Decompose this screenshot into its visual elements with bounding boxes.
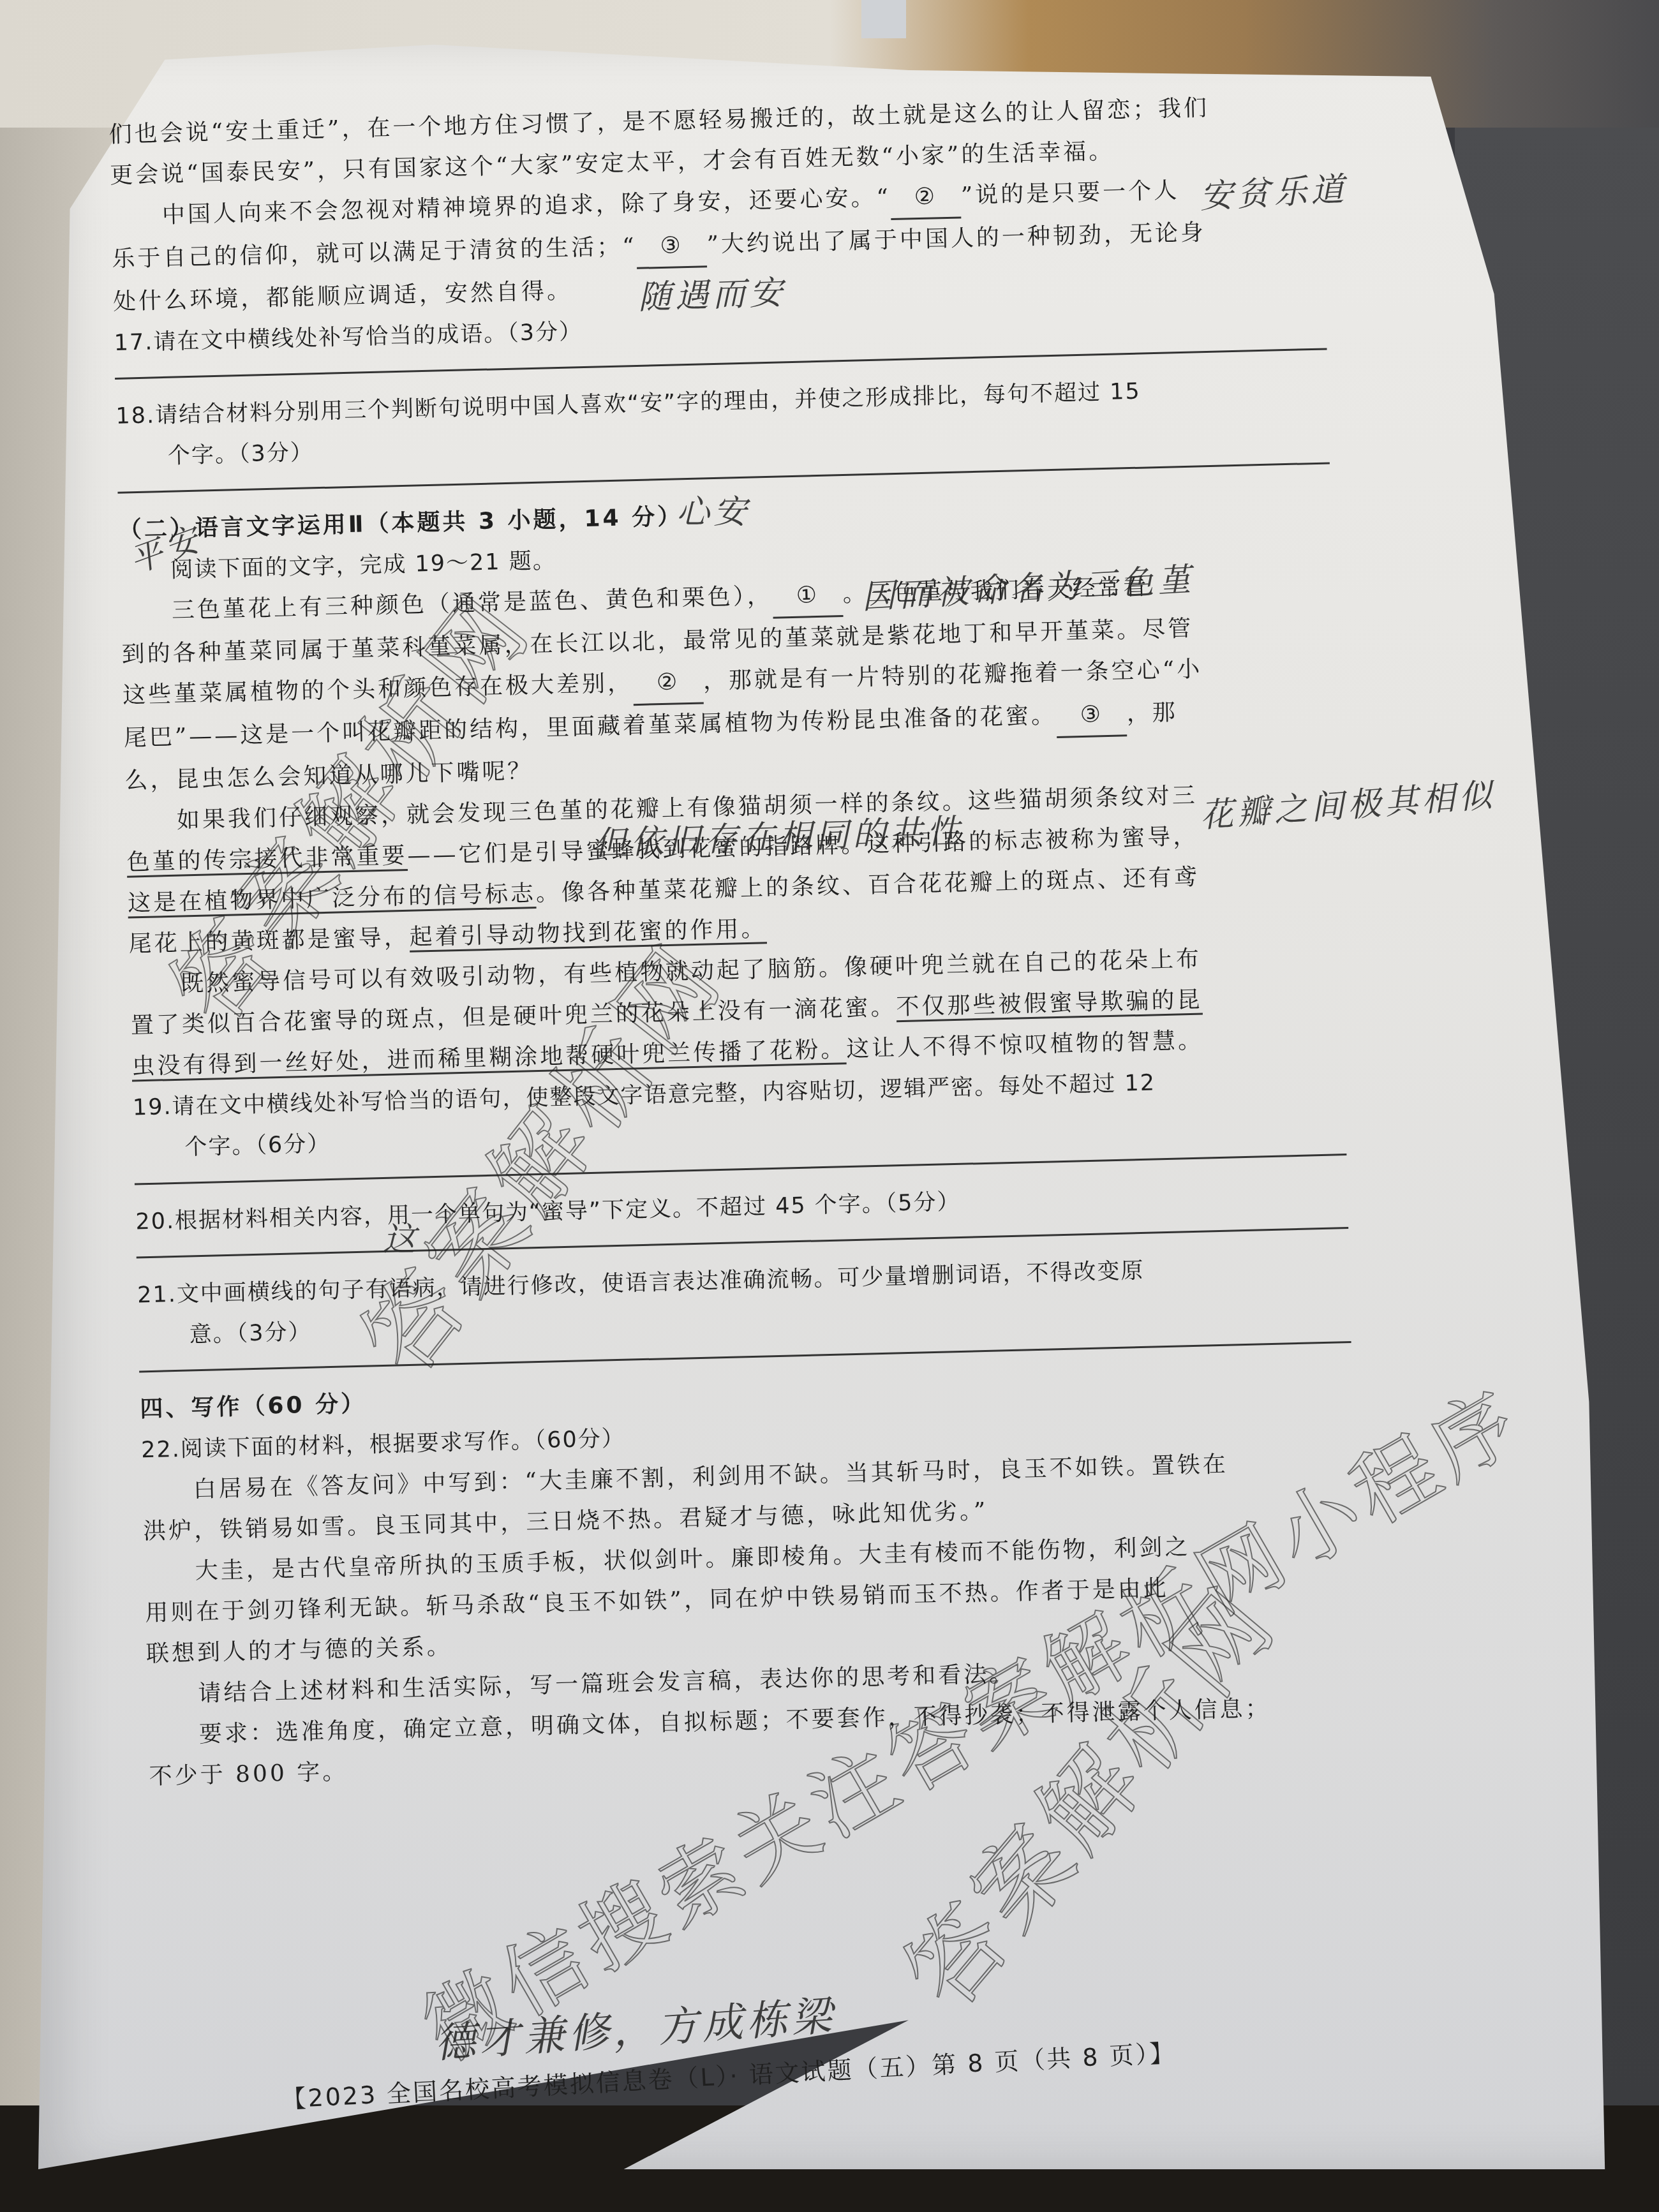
passage-text: 。像各种堇菜花瓣上的条纹、百合花花瓣上的斑点、还有鸢 [536, 865, 1200, 907]
passage-text: ，那就是有一片特别的花瓣拖着一条空心“小 [703, 656, 1202, 694]
underlined-sentence: 起着引导动物找到花蜜的作用。 [409, 916, 767, 953]
question-20: 20.根据材料相关内容，用一个单句为“蜜导”下定义。不超过 45 个字。（5分） [135, 1169, 1444, 1242]
handwritten-q18-b: 心安 [676, 485, 750, 533]
fill-blank-3b[interactable]: ③ [1056, 694, 1127, 738]
handwritten-answer-2: 安贫乐道 [1198, 162, 1349, 218]
fill-blank-1[interactable]: ① [772, 574, 844, 619]
handwritten-answer-3: 随遇而安 [637, 265, 787, 318]
passage-text: 乐于自己的信仰，就可以满足于清贫的生活；“ [112, 234, 637, 272]
passage-text: ”说的是只要一个人 [960, 177, 1179, 209]
fill-blank-2[interactable]: ② [890, 175, 962, 220]
passage-text: ，那 [1126, 699, 1178, 727]
passage-text: 这让人不得不惊叹植物的智慧。 [846, 1028, 1204, 1063]
passage-text: ”大约说出了属于中国人的一种韧劲，无论身 [706, 219, 1206, 258]
fill-blank-3[interactable]: ③ [636, 225, 708, 269]
fill-blank-2b[interactable]: ② [632, 662, 704, 706]
underlined-sentence: 不仅那些被假蜜导欺骗的昆 [896, 987, 1203, 1023]
background-object [861, 0, 906, 38]
